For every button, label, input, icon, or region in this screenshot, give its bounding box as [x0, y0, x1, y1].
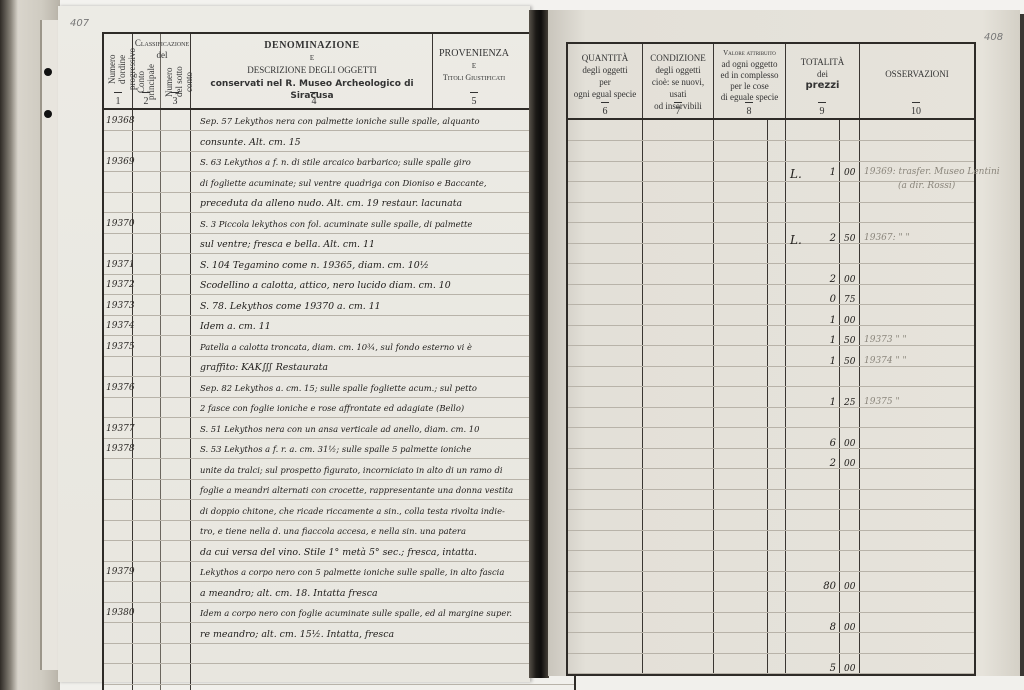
ruled-line — [568, 448, 974, 449]
observation-note: 19374 " " — [864, 356, 907, 366]
ruled-line — [104, 294, 574, 295]
ruled-line — [568, 468, 974, 469]
entry-description-line: tro, e tiene nella d. una fiaccola acces… — [200, 526, 466, 536]
header-line: dei — [786, 68, 859, 80]
header-descrizione: DESCRIZIONE DEGLI OGGETTI — [192, 64, 432, 76]
observation-note: (a dir. Rossi) — [898, 181, 955, 191]
entry-number: 19369 — [106, 157, 135, 167]
ruled-line — [104, 663, 574, 664]
entry-description-line: sul ventre; fresca e bella. Alt. cm. 11 — [200, 239, 375, 250]
price-cents: 00 — [844, 623, 855, 633]
entry-number: 19375 — [106, 342, 135, 352]
column-number: 8 — [739, 102, 759, 117]
ruled-line — [568, 284, 974, 285]
column-divider — [642, 44, 643, 674]
header-titoli: Titoli Giustificati — [434, 72, 514, 84]
entry-description-line: S. 104 Tegamino come n. 19365, diam. cm.… — [200, 260, 429, 271]
ruled-line — [104, 192, 574, 193]
left-page: 407 Numero d'ordine progressivo Classifi… — [58, 6, 530, 682]
entry-number: 19368 — [106, 116, 135, 126]
ruled-line — [104, 479, 574, 480]
entry-description-line: unite da tralci; sul prospetto figurato,… — [200, 465, 503, 475]
column-number: 6 — [595, 102, 615, 117]
ruled-line — [568, 243, 974, 244]
entry-description-line: S. 78. Lekythos come 19370 a. cm. 11 — [200, 301, 381, 312]
price-lire: 80 — [806, 581, 836, 592]
left-register-table: Numero d'ordine progressivo Classificazi… — [102, 32, 576, 690]
ruled-line — [104, 397, 574, 398]
price-lire: 8 — [806, 622, 836, 633]
header-line: degli oggetti — [643, 64, 713, 76]
entry-description-line: Patella a calotta troncata, diam. cm. 10… — [200, 342, 472, 352]
ruled-line — [104, 520, 574, 521]
ruled-line — [104, 540, 574, 541]
entry-number: 19374 — [106, 321, 135, 331]
column-number: 2 — [136, 92, 156, 107]
header-classificazione: Classificazione del — [134, 37, 190, 61]
ruled-line — [104, 499, 574, 500]
entry-description-line: a meandro; alt. cm. 18. Intatta fresca — [200, 588, 378, 599]
header-line: CONDIZIONE — [643, 52, 713, 64]
currency-symbol: L. — [790, 233, 802, 247]
price-lire: 1 — [806, 167, 836, 178]
entry-description-line: re meandro; alt. cm. 15½. Intatta, fresc… — [200, 629, 394, 640]
header-line: OSSERVAZIONI — [860, 68, 974, 80]
entry-description-line: S. 51 Lekythos nera con un ansa vertical… — [200, 424, 479, 434]
entry-description-line: S. 3 Piccola lekythos con fol. acuminate… — [200, 219, 472, 229]
ruled-line — [568, 571, 974, 572]
column-number: 4 — [304, 92, 324, 107]
header-line: per le cose — [714, 81, 785, 92]
ruled-line — [104, 602, 574, 603]
entry-description-line: S. 53 Lekythos a f. r. a. cm. 31½; sulle… — [200, 444, 471, 454]
entry-description-line: di fogliette acuminate; sul ventre quadr… — [200, 178, 486, 188]
ruled-line — [104, 684, 574, 685]
ruled-line — [104, 130, 574, 131]
ruled-line — [104, 561, 574, 562]
ruled-line — [104, 643, 574, 644]
price-cents: 00 — [844, 439, 855, 449]
ruled-line — [104, 274, 574, 275]
price-cents: 25 — [844, 398, 855, 408]
entry-description-line: Lekythos a corpo nero con 5 palmette ion… — [200, 567, 504, 577]
entry-description-line: Sep. 82 Lekythos a. cm. 15; sulle spalle… — [200, 383, 477, 393]
observation-note: 19375 " — [864, 397, 900, 407]
price-cents: 50 — [844, 336, 855, 346]
ruled-line — [568, 550, 974, 551]
ruled-line — [568, 530, 974, 531]
column-number: 9 — [812, 102, 832, 117]
price-cents: 00 — [844, 168, 855, 178]
header-quantita: QUANTITÀ degli oggetti per ogni egual sp… — [568, 52, 642, 100]
header-line: ogni egual specie — [568, 88, 642, 100]
header-provenienza: PROVENIENZA E Titoli Giustificati — [434, 48, 514, 84]
ruled-line — [104, 335, 574, 336]
column-divider — [785, 44, 786, 674]
price-cents: 00 — [844, 275, 855, 285]
ruled-line — [568, 509, 974, 510]
column-divider — [132, 34, 133, 690]
ruled-line — [104, 171, 574, 172]
ruled-line — [568, 202, 974, 203]
ruled-line — [104, 151, 574, 152]
ruled-line — [568, 263, 974, 264]
entry-number: 19380 — [106, 608, 135, 618]
header-valore: Valore attribuito ad ogni oggetto ed in … — [714, 48, 785, 103]
ruled-line — [104, 417, 574, 418]
ruled-line — [568, 673, 974, 674]
binding-hole — [44, 110, 52, 118]
page-number-right: 408 — [984, 32, 1003, 43]
entry-number: 19377 — [106, 424, 135, 434]
entry-description-line: di doppio chitone, che ricade riccamente… — [200, 506, 505, 516]
price-lire: 2 — [806, 233, 836, 244]
ruled-line — [104, 233, 574, 234]
ruled-line — [568, 304, 974, 305]
ruled-line — [568, 161, 974, 162]
entry-number: 19370 — [106, 219, 135, 229]
entry-description-line: S. 63 Lekythos a f. n. di stile arcaico … — [200, 157, 471, 167]
column-divider — [190, 34, 191, 690]
column-number: 10 — [906, 102, 926, 117]
price-lire: 0 — [806, 294, 836, 305]
binding-hole — [44, 68, 52, 76]
entry-description-line: Idem a. cm. 11 — [200, 321, 271, 332]
price-lire: 1 — [806, 335, 836, 346]
price-lire: 5 — [806, 663, 836, 674]
column-divider — [160, 34, 161, 690]
price-cents: 00 — [844, 582, 855, 592]
header-line: QUANTITÀ — [568, 52, 642, 64]
ruled-line — [568, 325, 974, 326]
header-classificazione-sub: del — [157, 50, 168, 60]
ruled-line — [568, 427, 974, 428]
header-totalita: TOTALITÀ dei prezzi — [786, 56, 859, 92]
entry-description-line: 2 fasce con foglie ioniche e rose affron… — [200, 403, 464, 413]
column-number: 7 — [668, 102, 688, 117]
header-line: prezzi — [786, 80, 859, 92]
entry-number: 19372 — [106, 280, 135, 290]
entry-description-line: consunte. Alt. cm. 15 — [200, 137, 301, 148]
ruled-line — [568, 222, 974, 223]
price-lire: 2 — [806, 458, 836, 469]
entry-number: 19373 — [106, 301, 135, 311]
price-cents: 50 — [844, 234, 855, 244]
price-cents: 00 — [844, 664, 855, 674]
right-page: 408 QUANTITÀ degli oggetti per ogni egua… — [548, 10, 1020, 676]
header-e: E — [192, 52, 432, 64]
entry-number: 19379 — [106, 567, 135, 577]
price-cents: 00 — [844, 316, 855, 326]
price-lire: 6 — [806, 438, 836, 449]
entry-description-line: preceduta da alleno nudo. Alt. cm. 19 re… — [200, 198, 462, 209]
price-cents: 00 — [844, 459, 855, 469]
ruled-line — [104, 458, 574, 459]
entry-description-line: graffito: KAK∭ Restaurata — [200, 362, 328, 373]
ruled-line — [568, 591, 974, 592]
header-e: E — [434, 60, 514, 72]
entry-number: 19376 — [106, 383, 135, 393]
observation-note: 19369: trasfer. Museo Lentini — [864, 167, 1000, 177]
header-line: per — [568, 76, 642, 88]
ruled-line — [568, 140, 974, 141]
price-lire: 2 — [806, 274, 836, 285]
right-register-table: QUANTITÀ degli oggetti per ogni egual sp… — [566, 42, 976, 676]
header-line: degli oggetti — [568, 64, 642, 76]
header-denominazione-title: DENOMINAZIONE — [192, 40, 432, 52]
ruled-line — [104, 315, 574, 316]
column-divider — [713, 44, 714, 674]
currency-symbol: L. — [790, 167, 802, 181]
ruled-line — [104, 376, 574, 377]
ruled-line — [568, 366, 974, 367]
ruled-line — [568, 489, 974, 490]
column-number: 1 — [108, 92, 128, 107]
header-provenienza-title: PROVENIENZA — [434, 48, 514, 60]
observation-note: 19373 " " — [864, 335, 907, 345]
column-number: 5 — [464, 92, 484, 107]
ruled-line — [104, 212, 574, 213]
column-divider — [432, 34, 433, 108]
entry-description-line: da cui versa del vino. Stile 1° metà 5° … — [200, 547, 477, 558]
ruled-line — [568, 653, 974, 654]
ruled-line — [568, 612, 974, 613]
ruled-line — [568, 345, 974, 346]
book-spine — [529, 10, 549, 678]
header-line: Valore attribuito — [714, 48, 785, 59]
header-numero-ordine: Numero d'ordine progressivo — [107, 40, 129, 98]
entry-number: 19378 — [106, 444, 135, 454]
entry-number: 19371 — [106, 260, 135, 270]
entry-description-line: Sep. 57 Lekythos nera con palmette ionic… — [200, 116, 480, 126]
header-osservazioni: OSSERVAZIONI — [860, 68, 974, 80]
header-classificazione-label: Classificazione — [135, 38, 189, 48]
ruled-line — [568, 632, 974, 633]
price-lire: 1 — [806, 356, 836, 367]
price-lire: 1 — [806, 315, 836, 326]
price-cents: 75 — [844, 295, 855, 305]
price-cents: 50 — [844, 357, 855, 367]
entry-description-line: Idem a corpo nero con foglie acuminate s… — [200, 608, 512, 618]
ruled-line — [104, 438, 574, 439]
entry-description-line: Scodellino a calotta, attico, nero lucid… — [200, 280, 451, 291]
header-separator — [568, 118, 974, 120]
column-number: 3 — [164, 92, 186, 107]
page-number-left: 407 — [70, 18, 89, 29]
observation-note: 19367: " " — [864, 233, 910, 243]
ruled-line — [104, 581, 574, 582]
column-divider — [859, 44, 860, 674]
entry-description-line: foglie a meandri alternati con crocette,… — [200, 485, 513, 495]
header-separator — [104, 108, 574, 110]
ruled-line — [568, 407, 974, 408]
price-lire: 1 — [806, 397, 836, 408]
ruled-line — [568, 386, 974, 387]
header-line: TOTALITÀ — [786, 56, 859, 68]
ruled-line — [104, 356, 574, 357]
header-line: cioè: se nuovi, usati — [643, 76, 713, 100]
ruled-line — [104, 622, 574, 623]
header-line: ad ogni oggetto — [714, 59, 785, 70]
ruled-line — [104, 253, 574, 254]
header-line: ed in complesso — [714, 70, 785, 81]
